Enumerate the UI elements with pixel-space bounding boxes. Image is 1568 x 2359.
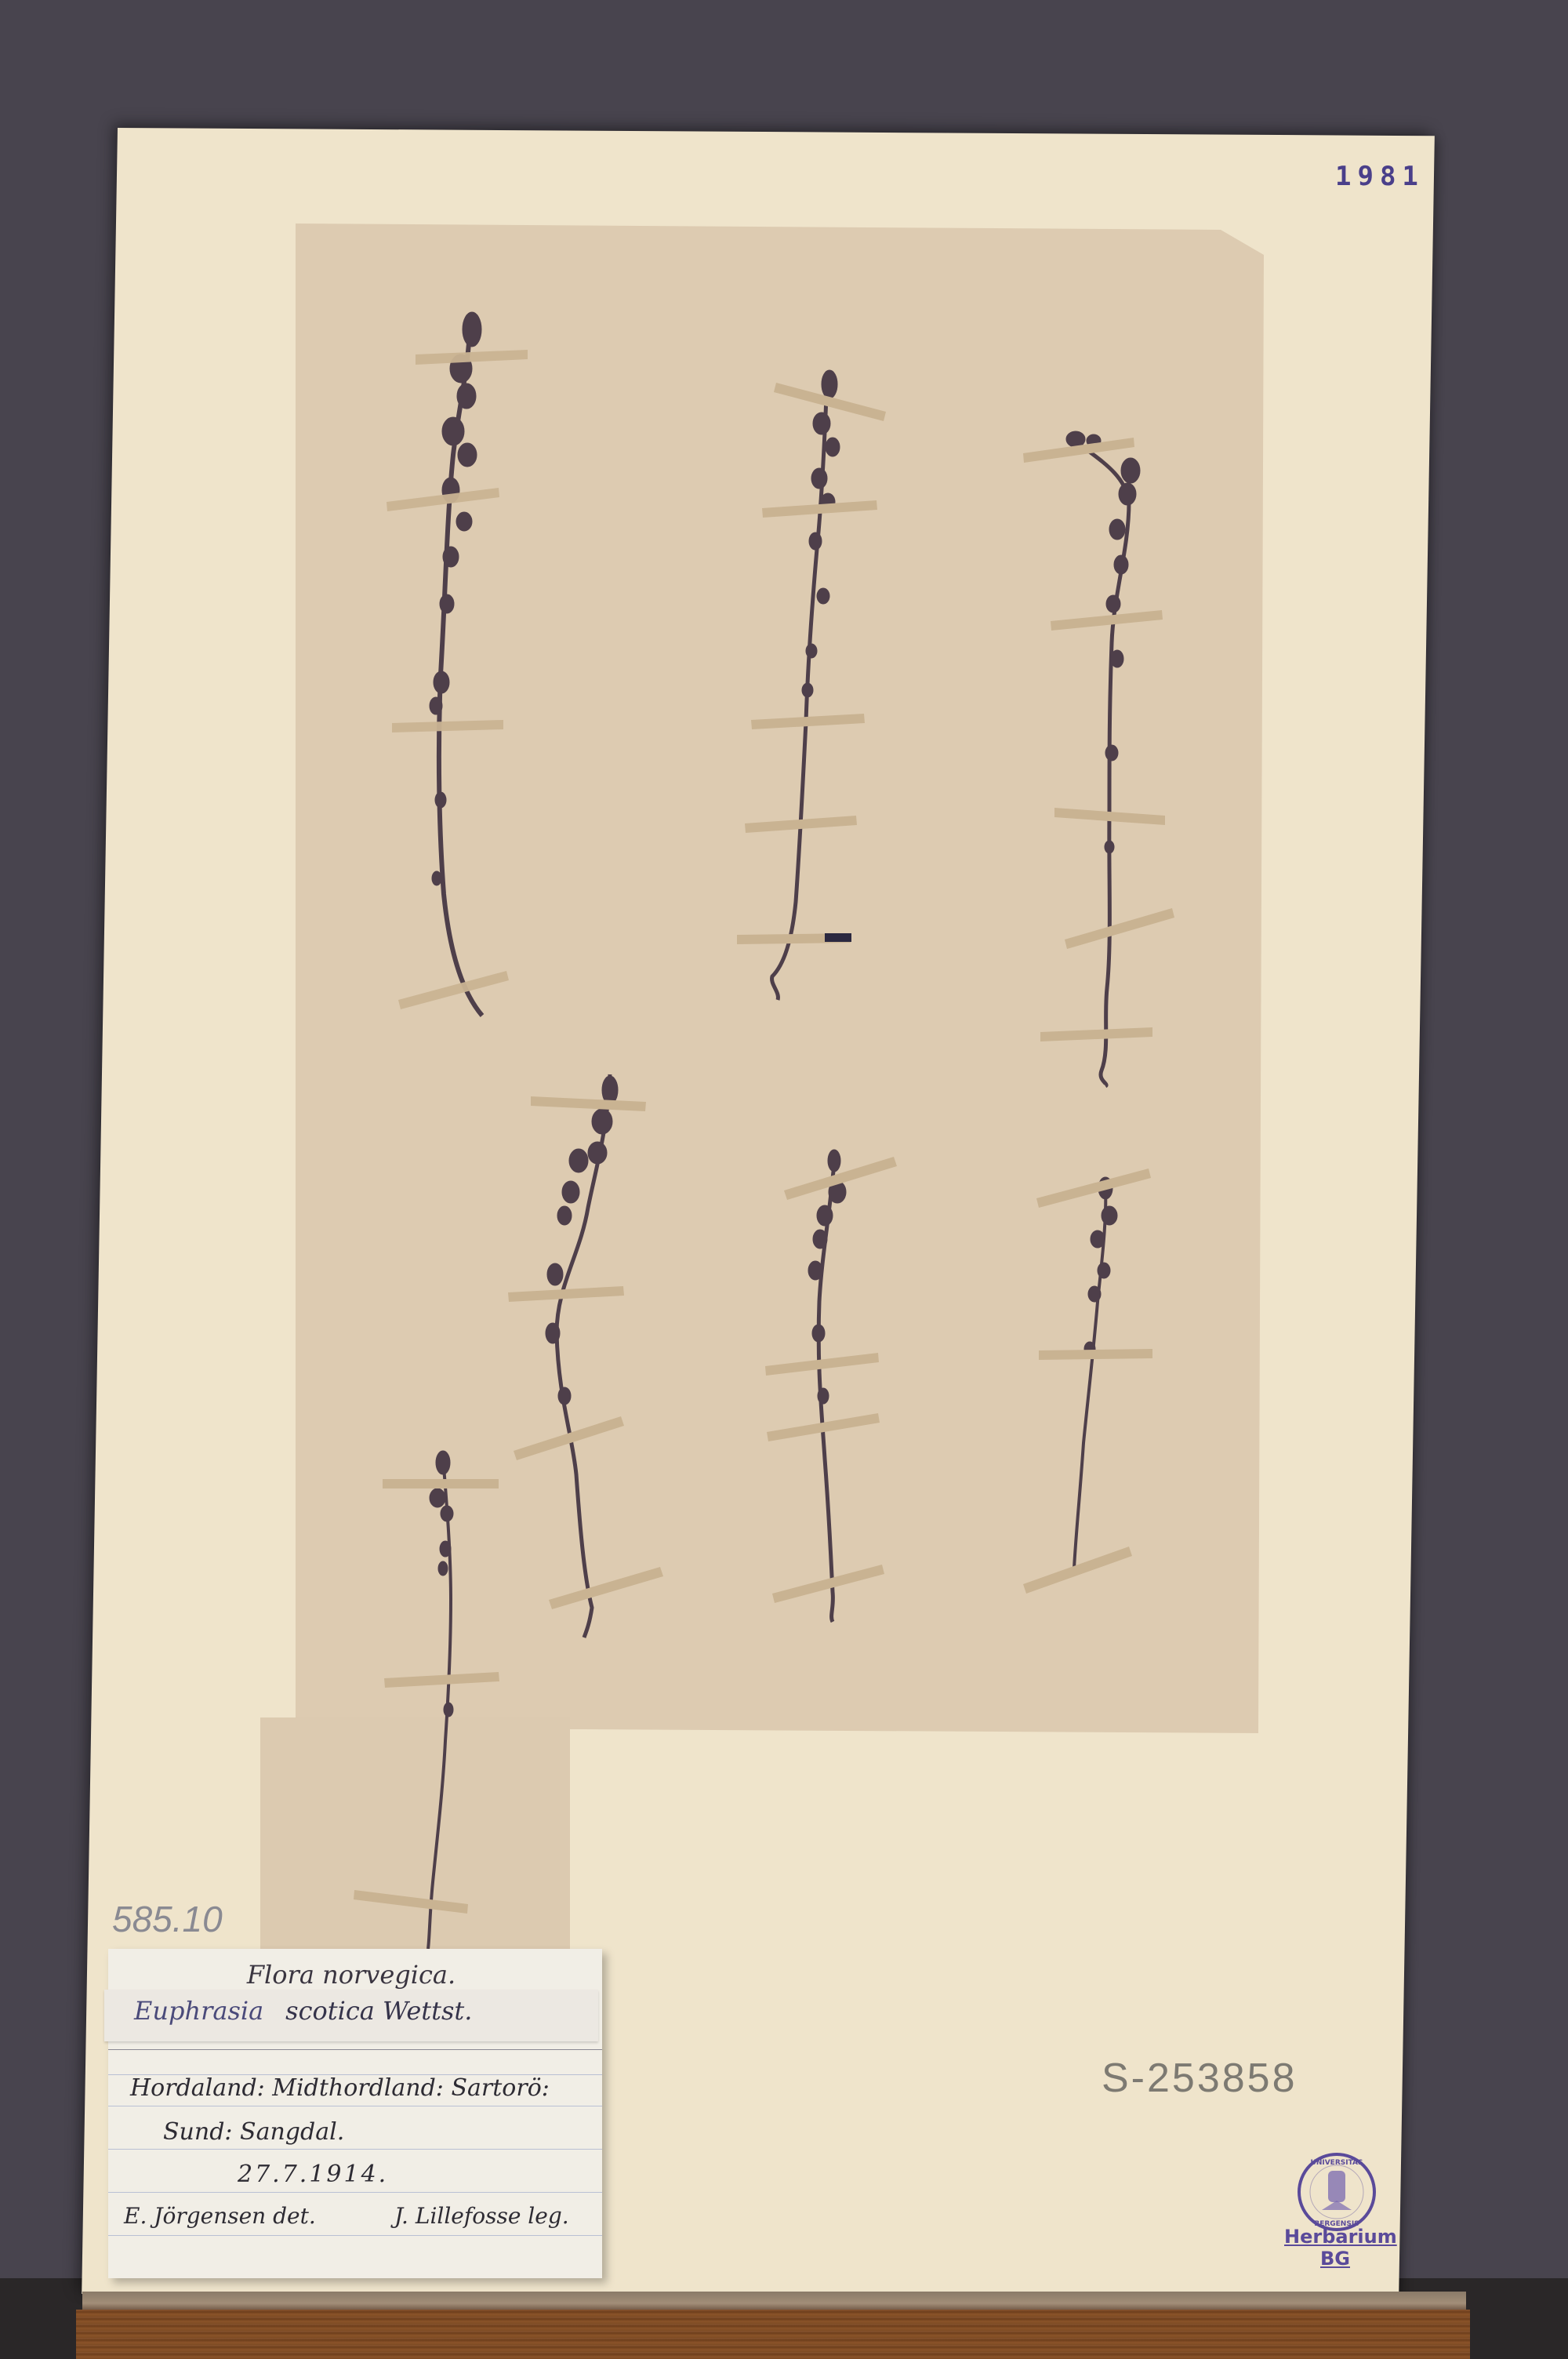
label-determiner: E. Jörgensen det. — [124, 2203, 316, 2229]
determination-epithet: scotica Wettst. — [285, 1996, 472, 2026]
label-locality-line-2: Sund: Sangdal. — [163, 2118, 344, 2146]
label-collector: J. Lillefosse leg. — [394, 2203, 569, 2229]
determination-slip: Euphrasiascotica Wettst. — [104, 1990, 598, 2041]
label-collection-date: 27.7.1914. — [238, 2161, 388, 2188]
university-seal-stamp-icon: UNIVERSITAS BERGENSIS — [1294, 2149, 1380, 2235]
accession-stamp: 1981 — [1335, 161, 1425, 192]
determination-genus: Euphrasia — [134, 1996, 263, 2026]
herbarium-stamp: Herbarium BG — [1284, 2226, 1386, 2270]
catalog-number: 585.10 — [112, 1898, 223, 1940]
label-locality-line-1: Hordaland: Midthordland: Sartorö: — [130, 2074, 550, 2102]
herbarium-stamp-line-2: BG — [1284, 2248, 1386, 2270]
specimen-paper-sheet — [296, 224, 1264, 1737]
specimen-barcode-number: S-253858 — [1102, 2055, 1298, 2102]
specimen-paper-strip — [260, 1717, 570, 1953]
wooden-shelf-top — [82, 2292, 1466, 2311]
herbarium-stamp-line-1: Herbarium — [1284, 2226, 1386, 2248]
wooden-shelf-front — [76, 2310, 1470, 2359]
svg-text:UNIVERSITAS: UNIVERSITAS — [1311, 2159, 1363, 2167]
